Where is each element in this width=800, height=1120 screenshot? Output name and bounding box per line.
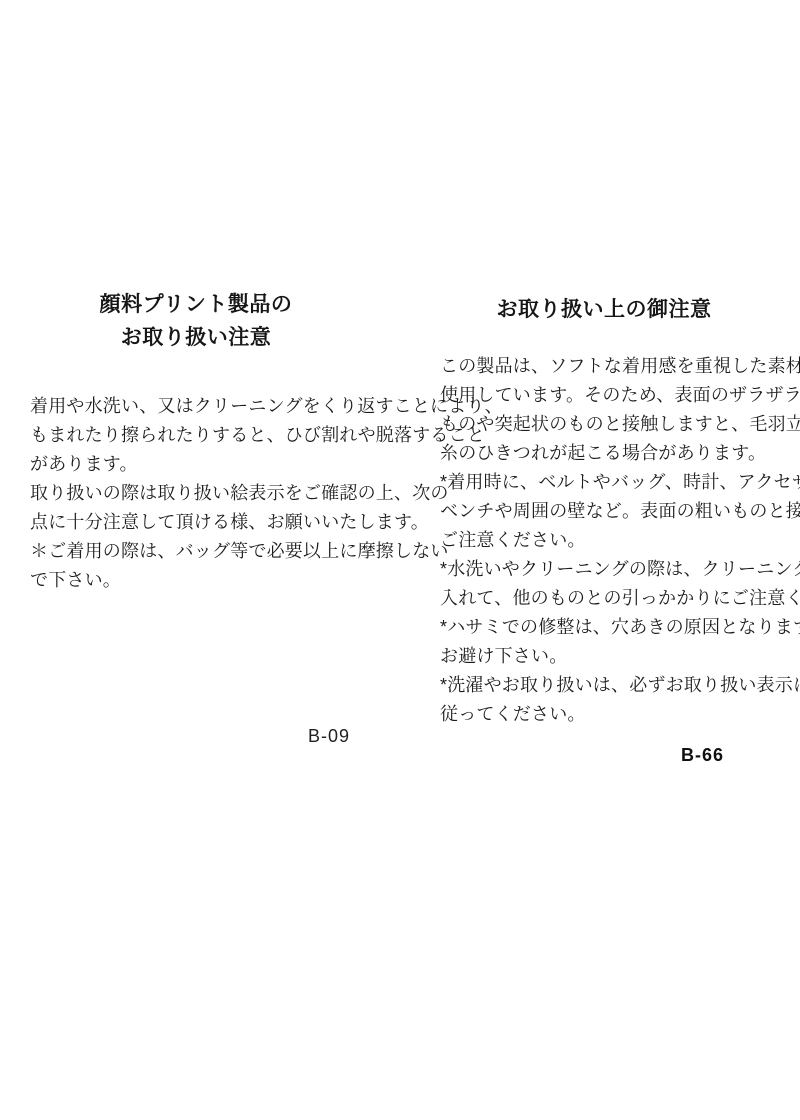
text-line: ご注意ください。 [440,526,792,555]
left-column-body: 着用や水洗い、又はクリーニングをくり返すことにより、 もまれたり擦られたりすると… [30,392,380,595]
text-line: 点に十分注意して頂ける様、お願いいたします。 [30,508,380,537]
text-line: 使用しています。そのため、表面のザラザラした [440,381,792,410]
text-line: *ハサミでの修整は、穴あきの原因となりますので [440,613,792,642]
right-column-title: お取り扱い上の御注意 [437,293,771,326]
text-line: 取り扱いの際は取り扱い絵表示をご確認の上、次の [30,479,380,508]
text-line: 従ってください。 [440,700,792,729]
item-code-b09: B-09 [308,726,350,747]
title-line: お取り扱い注意 [30,321,362,354]
text-line: この製品は、ソフトな着用感を重視した素材を [440,352,792,381]
text-line: もまれたり擦られたりすると、ひび割れや脱落すること [30,421,380,450]
text-line: *洗濯やお取り扱いは、必ずお取り扱い表示に [440,671,792,700]
text-line: ものや突起状のものと接触しますと、毛羽立ちや [440,410,792,439]
care-instructions-page: 顔料プリント製品の お取り扱い注意 着用や水洗い、又はクリーニングをくり返すこと… [0,0,800,1120]
text-line: ＊ご着用の際は、バッグ等で必要以上に摩擦しない [30,537,380,566]
title-line: お取り扱い上の御注意 [437,293,771,326]
text-line: お避け下さい。 [440,642,792,671]
text-line: があります。 [30,450,380,479]
right-column-body: この製品は、ソフトな着用感を重視した素材を 使用しています。そのため、表面のザラ… [440,352,792,729]
title-line: 顔料プリント製品の [30,288,362,321]
text-line: 糸のひきつれが起こる場合があります。 [440,439,792,468]
text-line: ベンチや周囲の壁など。表面の粗いものと接触に [440,497,792,526]
left-column-title: 顔料プリント製品の お取り扱い注意 [30,288,362,354]
text-line: *水洗いやクリーニングの際は、クリーニングネットに [440,555,792,584]
text-line: で下さい。 [30,566,380,595]
text-line: *着用時に、ベルトやバッグ、時計、アクセサリー、 [440,468,792,497]
text-line: 入れて、他のものとの引っかかりにご注意ください。 [440,584,792,613]
item-code-b66: B-66 [437,745,724,766]
text-line: 着用や水洗い、又はクリーニングをくり返すことにより、 [30,392,380,421]
